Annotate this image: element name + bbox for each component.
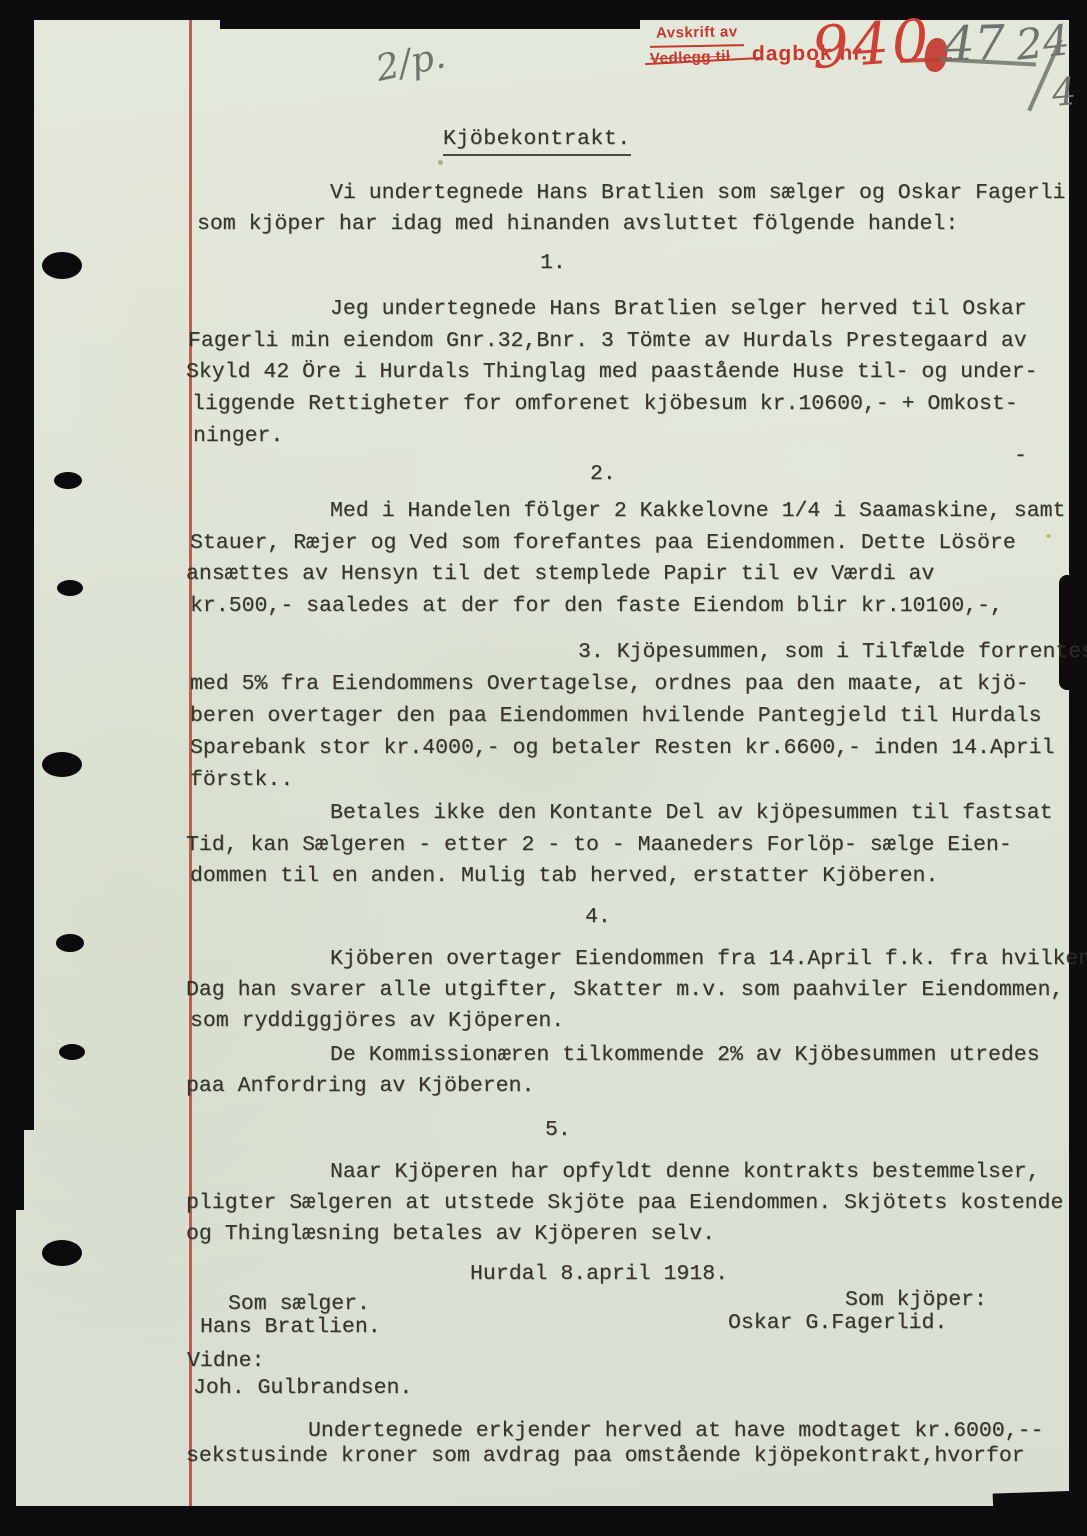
section-number-1: 1. (540, 251, 566, 276)
punch-hole (54, 472, 82, 489)
clause2-line: ansættes av Hensyn til det stemplede Pap… (186, 562, 934, 587)
seller-signature: Hans Bratlien. (200, 1315, 381, 1340)
receipt-line: sekstusinde kroner som avdrag paa omståe… (186, 1444, 1025, 1469)
buyer-role: Som kjöper: (845, 1288, 987, 1313)
clause5-line: og Thinglæsning betales av Kjöperen selv… (186, 1222, 715, 1247)
scan-edge-bottom (0, 1506, 1087, 1536)
clause4-line: De Kommissionæren tilkommende 2% av Kjöb… (330, 1043, 1040, 1068)
page-title: Kjöbekontrakt. (443, 127, 631, 156)
clause4-line: paa Anfordring av Kjöberen. (186, 1074, 534, 1099)
pencil-corner-note: 2/p. (372, 35, 449, 90)
scan-edge-left-taper (0, 1130, 24, 1210)
scan-edge-right-bulge (1059, 575, 1073, 690)
clause3-line: Tid, kan Sælgeren - etter 2 - to - Maane… (186, 833, 1012, 858)
clause3-line: 3. Kjöpesummen, som i Tilfælde forrentes (578, 640, 1087, 665)
punch-hole (42, 252, 82, 279)
clause3-line: dommen til en anden. Mulig tab herved, e… (190, 864, 938, 889)
buyer-signature: Oskar G.Fagerlid. (728, 1311, 947, 1336)
section-number-2: 2. (590, 462, 616, 487)
clause1-line: Fagerli min eiendom Gnr.32,Bnr. 3 Tömte … (188, 329, 1027, 354)
scan-edge-left-lower (0, 1210, 16, 1536)
paper-speck (1046, 534, 1051, 538)
punch-hole (57, 580, 83, 596)
clause3-line: Betales ikke den Kontante Del av kjöpesu… (330, 801, 1053, 826)
witness-signature: Joh. Gulbrandsen. (193, 1376, 412, 1401)
clause3-line: förstk.. (190, 768, 293, 793)
intro-line: som kjöper har idag med hinanden avslutt… (197, 212, 958, 237)
clause4-line: som ryddiggjöres av Kjöperen. (190, 1009, 564, 1034)
clause1-line: Jeg undertegnede Hans Bratlien selger he… (330, 297, 1027, 322)
pencil-date-denominator: 4 (1050, 69, 1078, 115)
clause2-line: kr.500,- saaledes at der for den faste E… (190, 594, 1003, 619)
clause5-line: Naar Kjöperen har opfyldt denne kontrakt… (330, 1160, 1040, 1185)
clause4-line: Kjöberen overtager Eiendommen fra 14.Apr… (330, 947, 1087, 972)
clause1-line: ninger. (193, 424, 283, 449)
scan-edge-bottom-bump (993, 1490, 1087, 1515)
archive-stamp-line1: Avskrift av (656, 23, 738, 41)
scan-edge-top-deep (220, 0, 640, 29)
margin-dash-mark: - (1014, 444, 1027, 469)
section-number-4: 4. (585, 905, 611, 930)
seller-role: Som sælger. (228, 1292, 370, 1317)
clause3-line: med 5% fra Eiendommens Overtagelse, ordn… (190, 672, 1029, 697)
clause1-line: liggende Rettigheter for omforenet kjöbe… (192, 392, 1018, 417)
pencil-date-numerator: 24 (1014, 15, 1072, 69)
dateline: Hurdal 8.april 1918. (470, 1262, 728, 1287)
clause1-line: Skyld 42 Öre i Hurdals Thinglag med paas… (186, 360, 1038, 385)
scan-edge-left (0, 0, 34, 1130)
margin-rule-line (189, 20, 192, 1506)
intro-line: Vi undertegnede Hans Bratlien som sælger… (330, 181, 1065, 206)
punch-hole (42, 1240, 82, 1266)
clause3-line: Sparebank stor kr.4000,- og betaler Rest… (190, 736, 1054, 761)
journal-number-handwritten: 940 (810, 6, 934, 82)
paper-speck (438, 160, 443, 165)
punch-hole (42, 752, 82, 777)
clause3-line: beren overtager den paa Eiendommen hvile… (190, 704, 1042, 729)
section-number-5: 5. (545, 1118, 571, 1143)
receipt-line: Undertegnede erkjender herved at have mo… (308, 1419, 1043, 1444)
pencil-number: 47 (943, 15, 1006, 73)
clause2-line: Med i Handelen fölger 2 Kakkelovne 1/4 i… (330, 499, 1065, 524)
clause4-line: Dag han svarer alle utgifter, Skatter m.… (186, 978, 1063, 1003)
scan-edge-right (1069, 0, 1087, 1536)
punch-hole (59, 1044, 85, 1060)
clause5-line: pligter Sælgeren at utstede Skjöte paa E… (186, 1191, 1063, 1216)
witness-label: Vidne: (187, 1349, 264, 1374)
archive-stamp-line2: Vedlegg til (650, 48, 731, 68)
clause2-line: Stauer, Ræjer og Ved som forefantes paa … (190, 531, 1016, 556)
scanned-contract-page: 2/p. Avskrift av Vedlegg til dagbok nr. … (0, 0, 1087, 1536)
punch-hole (56, 934, 84, 952)
